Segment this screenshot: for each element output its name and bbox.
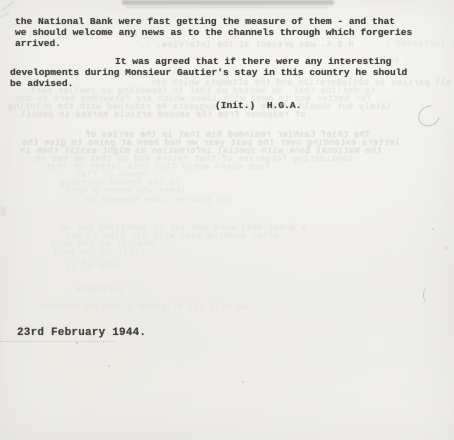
paper-speck — [445, 247, 447, 249]
paper-speck — [242, 381, 244, 383]
paragraph-agreement: It was agreed that if there were any int… — [10, 56, 407, 89]
text-line: It was agreed that if there were any int… — [115, 56, 407, 67]
ghost-bleedthrough-line: of response from the second article mark… — [15, 111, 305, 120]
ghost-bleedthrough-line: letters extending over the past year we … — [22, 139, 400, 148]
ghost-bleedthrough-line: The Chief Cashier reminded him that in t… — [85, 131, 370, 140]
paper-speck — [108, 365, 110, 367]
circle-pen-mark — [414, 101, 443, 130]
initials-line: (Init.) H.G.A. — [215, 100, 301, 111]
ghost-bleedthrough-line: still in the part — [52, 248, 145, 257]
ghost-bleedthrough-line: considering forgeries of that nature and… — [35, 155, 353, 164]
corner-smudge — [2, 1, 14, 11]
text-line: we should welcome any news as to the cha… — [15, 27, 412, 38]
ghost-bleedthrough-line: we will ill disposed a footing however — [40, 303, 248, 312]
bleedthrough-dotted-row — [0, 341, 116, 342]
ghost-bleedthrough-line: case users would find this letter at res… — [45, 163, 270, 172]
ghost-bleedthrough-line: in the second crossing — [60, 179, 181, 188]
scanned-document-screenshot: { "colors": { "paper": "#f1f0ec", "ink":… — [0, 0, 454, 440]
ghost-bleedthrough-line: after wedding said with his plan to get — [65, 232, 279, 241]
paragraph-national-bank: the National Bank were fast getting the … — [15, 16, 412, 49]
cutoff-heading-bleedthrough-smudge — [122, 0, 334, 5]
paper-speck — [76, 342, 78, 344]
text-line: arrived. — [15, 38, 412, 49]
ghost-bleedthrough-line: some of it — [65, 262, 120, 271]
paper-speck — [432, 228, 434, 230]
ghost-bleedthrough-line: there was never a word — [65, 187, 186, 196]
text-line: developments during Monsieur Gautier's s… — [10, 67, 407, 78]
ghost-bleedthrough-line: a great deal more and let it sometimes p… — [60, 224, 307, 233]
text-line: the National Bank were fast getting the … — [15, 16, 412, 27]
ghost-bleedthrough-line: persevere — [75, 286, 124, 295]
paren-pen-mark — [423, 288, 430, 302]
ghost-bleedthrough-line: spare of flat — [75, 171, 146, 180]
ghost-bleedthrough-line: whether at the part — [50, 240, 154, 249]
ghost-bleedthrough-line: the National Bank with special informati… — [20, 147, 382, 156]
ghost-bleedthrough-line: lately but should arrive and he suggests… — [8, 103, 392, 112]
ghost-bleedthrough-line: the quarter came forward to — [85, 196, 233, 205]
scanned-letter-page: H.G.A. was present at the interview. ..(… — [0, 0, 454, 440]
cutoff-heading-underline — [127, 7, 328, 8]
date-line: 23rd February 1944. — [17, 327, 146, 339]
ghost-bleedthrough-line: for better and to meet with ideas which … — [15, 95, 371, 104]
corner-smudge — [0, 12, 10, 19]
edge-smudge — [0, 206, 6, 216]
text-line: be advised. — [10, 78, 407, 89]
